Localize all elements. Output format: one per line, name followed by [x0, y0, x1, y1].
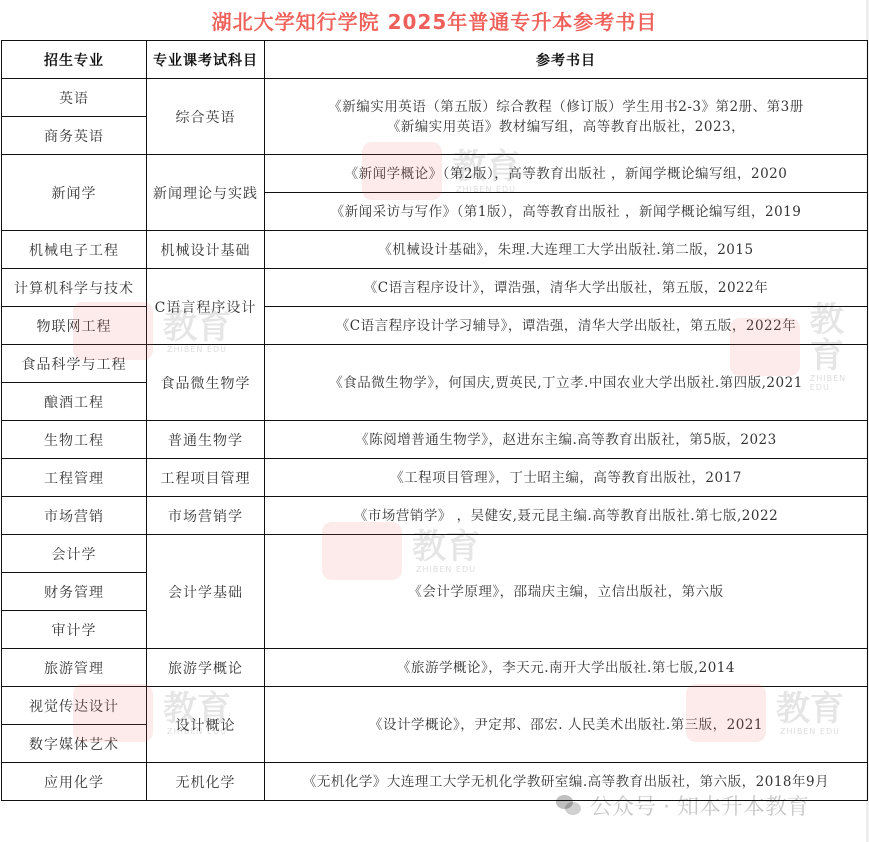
- subject-cell: 综合英语: [147, 79, 265, 155]
- reference-cell: 《设计学概论》，尹定邦、邵宏. 人民美术出版社.第三版，2021: [265, 687, 868, 763]
- reference-book-table: 招生专业 专业课考试科目 参考书目 英语 综合英语 《新编实用英语（第五版）综合…: [1, 40, 868, 801]
- major-cell: 应用化学: [2, 763, 147, 801]
- reference-line: 《新编实用英语》教材编写组，高等教育出版社，2023，: [267, 117, 865, 137]
- reference-line: 《新编实用英语（第五版）综合教程（修订版）学生用书2-3》第2册、第3册: [267, 97, 865, 117]
- major-cell: 视觉传达设计: [2, 687, 147, 725]
- reference-cell: 《新闻采访与写作》（第1版），高等教育出版社 ，新闻学概论编写组，2019: [265, 193, 868, 231]
- reference-cell: 《食品微生物学》，何国庆,贾英民,丁立孝.中国农业大学出版社.第四版,2021: [265, 345, 868, 421]
- reference-cell: 《会计学原理》，邵瑞庆主编，立信出版社，第六版: [265, 535, 868, 649]
- table-row: 市场营销 市场营销学 《市场营销学》 ，吴健安,聂元昆主编.高等教育出版社.第七…: [2, 497, 868, 535]
- table-row: 生物工程 普通生物学 《陈阅增普通生物学》，赵进东主编.高等教育出版社，第5版，…: [2, 421, 868, 459]
- table-row: 旅游管理 旅游学概论 《旅游学概论》，李天元.南开大学出版社.第七版,2014: [2, 649, 868, 687]
- title-bar: 湖北大学知行学院 2025年普通专升本参考书目: [0, 0, 869, 40]
- subject-cell: 无机化学: [147, 763, 265, 801]
- major-cell: 酿酒工程: [2, 383, 147, 421]
- table-row: 视觉传达设计 设计概论 《设计学概论》，尹定邦、邵宏. 人民美术出版社.第三版，…: [2, 687, 868, 725]
- table-row: 工程管理 工程项目管理 《工程项目管理》，丁士昭主编，高等教育出版社，2017: [2, 459, 868, 497]
- major-cell: 食品科学与工程: [2, 345, 147, 383]
- major-cell: 数字媒体艺术: [2, 725, 147, 763]
- major-cell: 计算机科学与技术: [2, 269, 147, 307]
- reference-cell: 《陈阅增普通生物学》，赵进东主编.高等教育出版社，第5版，2023: [265, 421, 868, 459]
- reference-cell: 《C语言程序设计学习辅导》，谭浩强，清华大学出版社，第五版，2022年: [265, 307, 868, 345]
- subject-cell: 普通生物学: [147, 421, 265, 459]
- header-major: 招生专业: [2, 41, 147, 79]
- table-row: 物联网工程 《C语言程序设计学习辅导》，谭浩强，清华大学出版社，第五版，2022…: [2, 307, 868, 345]
- page-title: 湖北大学知行学院 2025年普通专升本参考书目: [212, 6, 658, 35]
- major-cell: 物联网工程: [2, 307, 147, 345]
- table-row: 计算机科学与技术 C语言程序设计 《C语言程序设计》，谭浩强，清华大学出版社，第…: [2, 269, 868, 307]
- major-cell: 旅游管理: [2, 649, 147, 687]
- reference-cell: 《旅游学概论》，李天元.南开大学出版社.第七版,2014: [265, 649, 868, 687]
- reference-cell: 《新编实用英语（第五版）综合教程（修订版）学生用书2-3》第2册、第3册 《新编…: [265, 79, 868, 155]
- subject-cell: 会计学基础: [147, 535, 265, 649]
- table-row: 会计学 会计学基础 《会计学原理》，邵瑞庆主编，立信出版社，第六版: [2, 535, 868, 573]
- reference-cell: 《工程项目管理》，丁士昭主编，高等教育出版社，2017: [265, 459, 868, 497]
- major-cell: 商务英语: [2, 117, 147, 155]
- major-cell: 市场营销: [2, 497, 147, 535]
- major-cell: 新闻学: [2, 155, 147, 231]
- reference-cell: 《无机化学》大连理工大学无机化学教研室编.高等教育出版社，第六版，2018年9月: [265, 763, 868, 801]
- reference-cell: 《C语言程序设计》，谭浩强，清华大学出版社，第五版，2022年: [265, 269, 868, 307]
- reference-cell: 《市场营销学》 ，吴健安,聂元昆主编.高等教育出版社.第七版,2022: [265, 497, 868, 535]
- reference-cell: 《机械设计基础》，朱理.大连理工大学出版社.第二版，2015: [265, 231, 868, 269]
- subject-cell: 工程项目管理: [147, 459, 265, 497]
- major-cell: 会计学: [2, 535, 147, 573]
- subject-cell: 旅游学概论: [147, 649, 265, 687]
- table-row: 食品科学与工程 食品微生物学 《食品微生物学》，何国庆,贾英民,丁立孝.中国农业…: [2, 345, 868, 383]
- subject-cell: 食品微生物学: [147, 345, 265, 421]
- subject-cell: C语言程序设计: [147, 269, 265, 345]
- major-cell: 机械电子工程: [2, 231, 147, 269]
- header-references: 参考书目: [265, 41, 868, 79]
- subject-cell: 设计概论: [147, 687, 265, 763]
- major-cell: 审计学: [2, 611, 147, 649]
- table-row: 机械电子工程 机械设计基础 《机械设计基础》，朱理.大连理工大学出版社.第二版，…: [2, 231, 868, 269]
- header-subject: 专业课考试科目: [147, 41, 265, 79]
- subject-cell: 新闻理论与实践: [147, 155, 265, 231]
- reference-cell: 《新闻学概论》（第2版），高等教育出版社 ，新闻学概论编写组，2020: [265, 155, 868, 193]
- table-row: 英语 综合英语 《新编实用英语（第五版）综合教程（修订版）学生用书2-3》第2册…: [2, 79, 868, 117]
- major-cell: 生物工程: [2, 421, 147, 459]
- table-row: 新闻学 新闻理论与实践 《新闻学概论》（第2版），高等教育出版社 ，新闻学概论编…: [2, 155, 868, 193]
- major-cell: 财务管理: [2, 573, 147, 611]
- major-cell: 工程管理: [2, 459, 147, 497]
- table-header-row: 招生专业 专业课考试科目 参考书目: [2, 41, 868, 79]
- subject-cell: 机械设计基础: [147, 231, 265, 269]
- subject-cell: 市场营销学: [147, 497, 265, 535]
- major-cell: 英语: [2, 79, 147, 117]
- table-row: 应用化学 无机化学 《无机化学》大连理工大学无机化学教研室编.高等教育出版社，第…: [2, 763, 868, 801]
